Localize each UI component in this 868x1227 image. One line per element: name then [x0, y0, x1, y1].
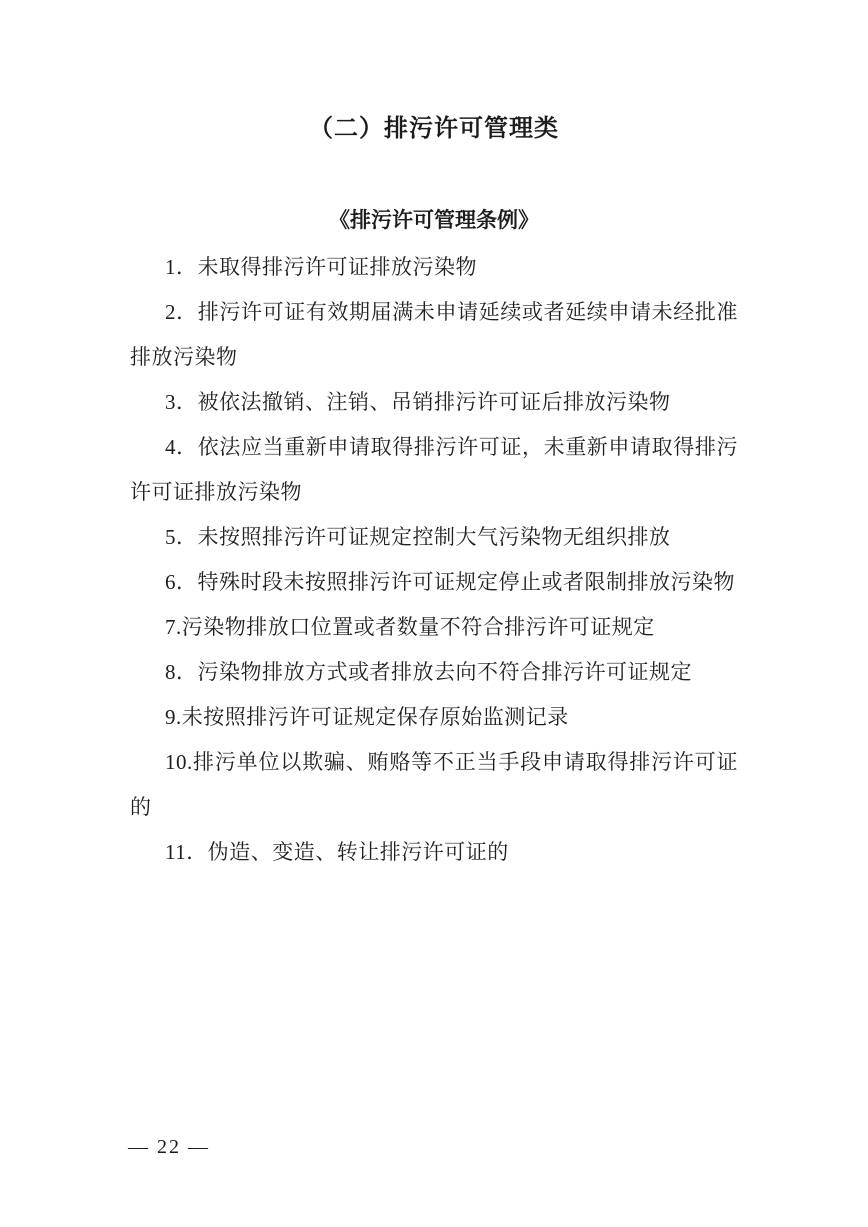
list-item-9: 9.未按照排污许可证规定保存原始监测记录: [130, 695, 738, 740]
regulation-subtitle: 《排污许可管理条例》: [0, 144, 868, 232]
list-item-7: 7.污染物排放口位置或者数量不符合排污许可证规定: [130, 605, 738, 650]
document-page: （二）排污许可管理类 《排污许可管理条例》 1．未取得排污许可证排放污染物 2．…: [0, 0, 868, 1227]
list-item-6: 6．特殊时段未按照排污许可证规定停止或者限制排放污染物: [130, 560, 738, 605]
list-body: 1．未取得排污许可证排放污染物 2．排污许可证有效期届满未申请延续或者延续申请未…: [130, 232, 738, 875]
list-item-8: 8．污染物排放方式或者排放去向不符合排污许可证规定: [130, 650, 738, 695]
list-item-1: 1．未取得排污许可证排放污染物: [130, 245, 738, 290]
list-item-11: 11．伪造、变造、转让排污许可证的: [130, 830, 738, 875]
section-title: （二）排污许可管理类: [0, 0, 868, 144]
list-item-2: 2．排污许可证有效期届满未申请延续或者延续申请未经批准排放污染物: [130, 290, 738, 380]
list-item-5: 5．未按照排污许可证规定控制大气污染物无组织排放: [130, 515, 738, 560]
list-item-4: 4．依法应当重新申请取得排污许可证，未重新申请取得排污许可证排放污染物: [130, 425, 738, 515]
list-item-3: 3．被依法撤销、注销、吊销排污许可证后排放污染物: [130, 380, 738, 425]
page-number: — 22 —: [128, 1132, 210, 1162]
list-item-10: 10.排污单位以欺骗、贿赂等不正当手段申请取得排污许可证的: [130, 740, 738, 830]
